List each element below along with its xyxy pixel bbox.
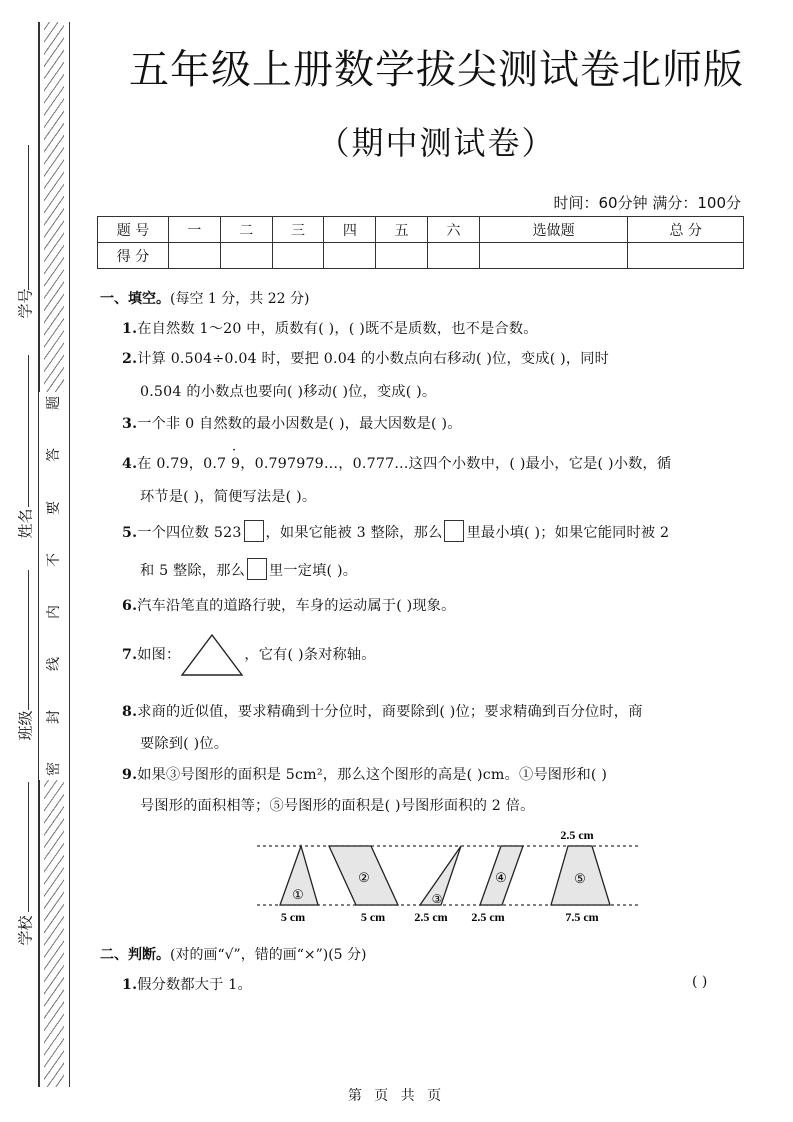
question-text: 在 0.79，0.7: [137, 456, 226, 472]
question-text: 如图：: [137, 647, 180, 663]
score-table-col: 选做题: [479, 217, 628, 243]
question-1-4-cont: 环节是( )，简便写法是( )。: [140, 486, 316, 506]
question-text: ，0.797979…，0.777…这四个小数中，( )最小，它是( )小数，循: [240, 456, 671, 472]
score-cell[interactable]: [376, 243, 428, 269]
section-note: (对的画“√”，错的画“×”)(5 分): [170, 947, 367, 963]
question-text: 环节是( )，简便写法是( )。: [140, 489, 316, 505]
svg-text:①: ①: [292, 887, 304, 902]
svg-text:5 cm: 5 cm: [281, 910, 305, 924]
score-cell[interactable]: [324, 243, 376, 269]
student-id-underline: [28, 145, 29, 290]
exam-meta: 时间：60分钟 满分：100分: [554, 192, 742, 213]
repeating-digit: 9: [231, 456, 240, 472]
score-table-label: 得 分: [98, 243, 169, 269]
section-note: (每空 1 分，共 22 分): [170, 291, 309, 307]
svg-text:2.5 cm: 2.5 cm: [471, 910, 504, 924]
name-underline: [28, 355, 29, 507]
question-text: ，如果它能被 3 整除，那么: [266, 525, 443, 541]
seal-char: 题: [47, 396, 61, 410]
question-1-2-cont: 0.504 的小数点也要向( )移动( )位，变成( )。: [140, 381, 436, 401]
question-text: 汽车沿笔直的道路行驶，车身的运动属于( )现象。: [137, 598, 455, 614]
question-1-3: 3.一个非 0 自然数的最小因数是( )，最大因数是( )。: [122, 413, 462, 433]
question-number: 3.: [122, 416, 137, 432]
question-1-8-cont: 要除到( )位。: [140, 733, 228, 753]
score-table-col: 一: [169, 217, 221, 243]
score-table-label: 题 号: [98, 217, 169, 243]
question-number: 1.: [122, 321, 137, 337]
score-table-col: 二: [220, 217, 272, 243]
question-text: 在自然数 1～20 中，质数有( )，( )既不是质数，也不是合数。: [137, 321, 537, 337]
question-1-7: 7.如图：，它有( )条对称轴。: [122, 633, 376, 677]
student-id-field[interactable]: 学号: [10, 145, 34, 325]
question-1-2: 2.计算 0.504÷0.04 时，要把 0.04 的小数点向右移动( )位，变…: [122, 348, 609, 368]
question-text: 一个四位数 523: [137, 525, 241, 541]
section-title: 一、填空。: [100, 291, 170, 307]
seal-char: 内: [47, 605, 61, 619]
page-subtitle: （期中测试卷）: [80, 118, 793, 164]
svg-text:③: ③: [432, 892, 443, 906]
score-cell[interactable]: [628, 243, 744, 269]
svg-text:2.5 cm: 2.5 cm: [414, 910, 447, 924]
triangle-figure: [180, 633, 244, 677]
question-text: ，它有( )条对称轴。: [244, 647, 375, 663]
name-field[interactable]: 姓名: [10, 355, 34, 535]
svg-text:2.5 cm: 2.5 cm: [560, 828, 593, 842]
question-text: 求商的近似值，要求精确到十分位时，商要除到( )位；要求精确到百分位时，商: [137, 704, 642, 720]
seal-char: 要: [47, 501, 61, 515]
score-table-col: 三: [272, 217, 324, 243]
page-footer: 第 页 共 页: [0, 1085, 793, 1105]
digit-box[interactable]: [247, 558, 267, 580]
question-1-4: 4.在 0.79，0.7 9，0.797979…，0.777…这四个小数中，( …: [122, 453, 671, 473]
class-label: 班级: [15, 710, 36, 740]
svg-text:②: ②: [358, 870, 370, 885]
question-text: 和 5 整除，那么: [140, 563, 245, 579]
question-text: 要除到( )位。: [140, 736, 228, 752]
question-1-1: 1.在自然数 1～20 中，质数有( )，( )既不是质数，也不是合数。: [122, 318, 538, 338]
score-table-col: 五: [376, 217, 428, 243]
question-text: 一个非 0 自然数的最小因数是( )，最大因数是( )。: [137, 416, 461, 432]
svg-text:5 cm: 5 cm: [361, 910, 385, 924]
question-text: 里最小填( )；如果它能同时被 2: [466, 525, 669, 541]
score-cell[interactable]: [220, 243, 272, 269]
question-number: 5.: [122, 525, 137, 541]
question-number: 9.: [122, 767, 137, 783]
svg-text:7.5 cm: 7.5 cm: [565, 910, 598, 924]
question-text: 里一定填( )。: [269, 563, 357, 579]
digit-box[interactable]: [244, 520, 264, 542]
section-heading-true-false: 二、判断。(对的画“√”，错的画“×”)(5 分): [100, 944, 367, 964]
question-number: 2.: [122, 351, 137, 367]
question-1-9-cont: 号图形的面积相等；⑤号图形的面积是( )号图形面积的 2 倍。: [140, 795, 535, 815]
class-underline: [28, 570, 29, 710]
seal-char: 答: [47, 448, 61, 462]
svg-text:⑤: ⑤: [574, 871, 586, 886]
school-field[interactable]: 学校: [10, 782, 34, 962]
question-1-5: 5.一个四位数 523，如果它能被 3 整除，那么里最小填( )；如果它能同时被…: [122, 520, 669, 542]
question-number: 7.: [122, 647, 137, 663]
question-1-6: 6.汽车沿笔直的道路行驶，车身的运动属于( )现象。: [122, 595, 456, 615]
seal-char: 封: [47, 710, 61, 724]
score-table-header-row: 题 号 一 二 三 四 五 六 选做题 总 分: [98, 217, 744, 243]
school-label: 学校: [15, 915, 36, 945]
question-number: 8.: [122, 704, 137, 720]
school-underline: [28, 782, 29, 912]
question-1-8: 8.求商的近似值，要求精确到十分位时，商要除到( )位；要求精确到百分位时，商: [122, 701, 643, 721]
seal-char: 线: [47, 657, 61, 671]
score-table-col: 总 分: [628, 217, 744, 243]
svg-text:④: ④: [495, 870, 507, 885]
student-id-label: 学号: [15, 288, 36, 318]
shapes-figure: ① 5 cm ② 5 cm ③ 2.5 cm ④ 2.5 cm ⑤ 2.5 cm…: [255, 825, 645, 925]
question-number: 4.: [122, 456, 137, 472]
question-number: 1.: [122, 977, 137, 993]
question-text: 0.504 的小数点也要向( )移动( )位，变成( )。: [140, 384, 436, 400]
score-cell[interactable]: [428, 243, 480, 269]
question-text: 如果③号图形的面积是 5cm²，那么这个图形的高是( )cm。①号图形和( ): [137, 767, 607, 783]
question-2-1: 1.假分数都大于 1。: [122, 974, 252, 994]
score-table: 题 号 一 二 三 四 五 六 选做题 总 分 得 分: [97, 216, 744, 269]
class-field[interactable]: 班级: [10, 570, 34, 750]
question-text: 计算 0.504÷0.04 时，要把 0.04 的小数点向右移动( )位，变成(…: [137, 351, 609, 367]
seal-char: 密: [47, 762, 61, 776]
digit-box[interactable]: [444, 520, 464, 542]
score-cell[interactable]: [479, 243, 628, 269]
section-title: 二、判断。: [100, 947, 170, 963]
score-table-col: 六: [428, 217, 480, 243]
score-cell[interactable]: [169, 243, 221, 269]
question-text: 号图形的面积相等；⑤号图形的面积是( )号图形面积的 2 倍。: [140, 798, 535, 814]
score-table-score-row: 得 分: [98, 243, 744, 269]
page-title: 五年级上册数学拔尖测试卷北师版: [80, 38, 793, 95]
seal-char: 不: [47, 553, 61, 567]
question-1-5-cont: 和 5 整除，那么里一定填( )。: [140, 558, 357, 580]
question-1-9: 9.如果③号图形的面积是 5cm²，那么这个图形的高是( )cm。①号图形和( …: [122, 764, 607, 784]
name-label: 姓名: [15, 508, 36, 538]
question-number: 6.: [122, 598, 137, 614]
binding-margin: 题 答 要 不 内 线 封 密: [38, 22, 70, 1087]
question-text: 假分数都大于 1。: [137, 977, 252, 993]
answer-paren[interactable]: ( ): [692, 974, 707, 990]
section-heading-fill-blank: 一、填空。(每空 1 分，共 22 分): [100, 288, 309, 308]
seal-notice: 题 答 要 不 内 线 封 密: [39, 392, 69, 780]
score-cell[interactable]: [272, 243, 324, 269]
score-table-col: 四: [324, 217, 376, 243]
